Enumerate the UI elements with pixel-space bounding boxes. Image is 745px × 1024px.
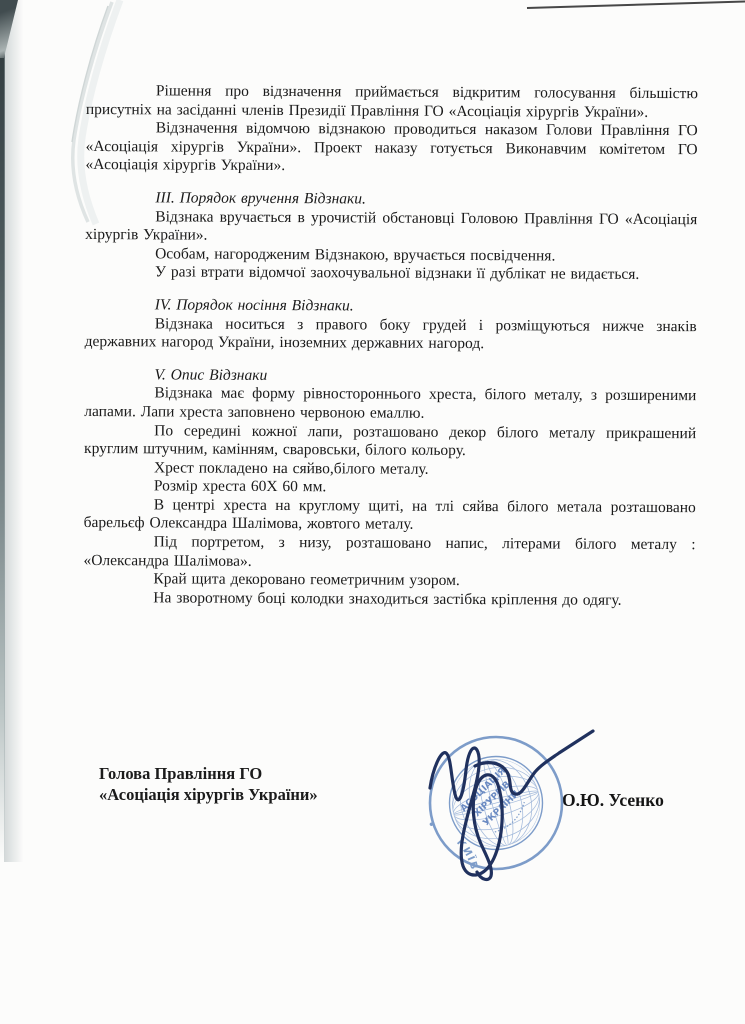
signature-ink <box>413 720 613 885</box>
section-heading: IV. Порядок носіння Відзнаки. <box>85 296 697 318</box>
scan-left-edge-fade <box>4 0 30 862</box>
paragraph: Відзначення відомчою відзнакою проводить… <box>86 119 698 178</box>
paragraph: В центрі хреста на круглому щиті, на тлі… <box>84 496 696 536</box>
signatory-title: Голова Правління ГО «Асоціація хірургів … <box>99 763 318 805</box>
paragraph: Під портретом, з низу, розташовано напис… <box>83 533 695 573</box>
paragraph: На зворотному боці колодки знаходиться з… <box>83 589 695 611</box>
paragraph: По середині кожної лапи, розташовано дек… <box>84 421 696 461</box>
scanned-document-page: Рішення про відзначення приймається відк… <box>0 0 745 1024</box>
signatory-title-line2: «Асоціація хірургів України» <box>99 784 318 805</box>
scan-top-edge-line <box>527 0 745 9</box>
document-body: Рішення про відзначення приймається відк… <box>83 82 698 611</box>
paragraph: Відзнака має форму рівностороннього хрес… <box>84 384 696 424</box>
paragraph: Відзнака вручається в урочистій обстанов… <box>85 208 697 248</box>
signatory-title-line1: Голова Правління ГО <box>99 763 318 784</box>
paragraph: У разі втрати відомчої заохочувальної ві… <box>85 263 697 285</box>
paragraph: Рішення про відзначення приймається відк… <box>86 82 698 122</box>
paragraph: Відзнака носиться з правого боку грудей … <box>85 315 697 355</box>
